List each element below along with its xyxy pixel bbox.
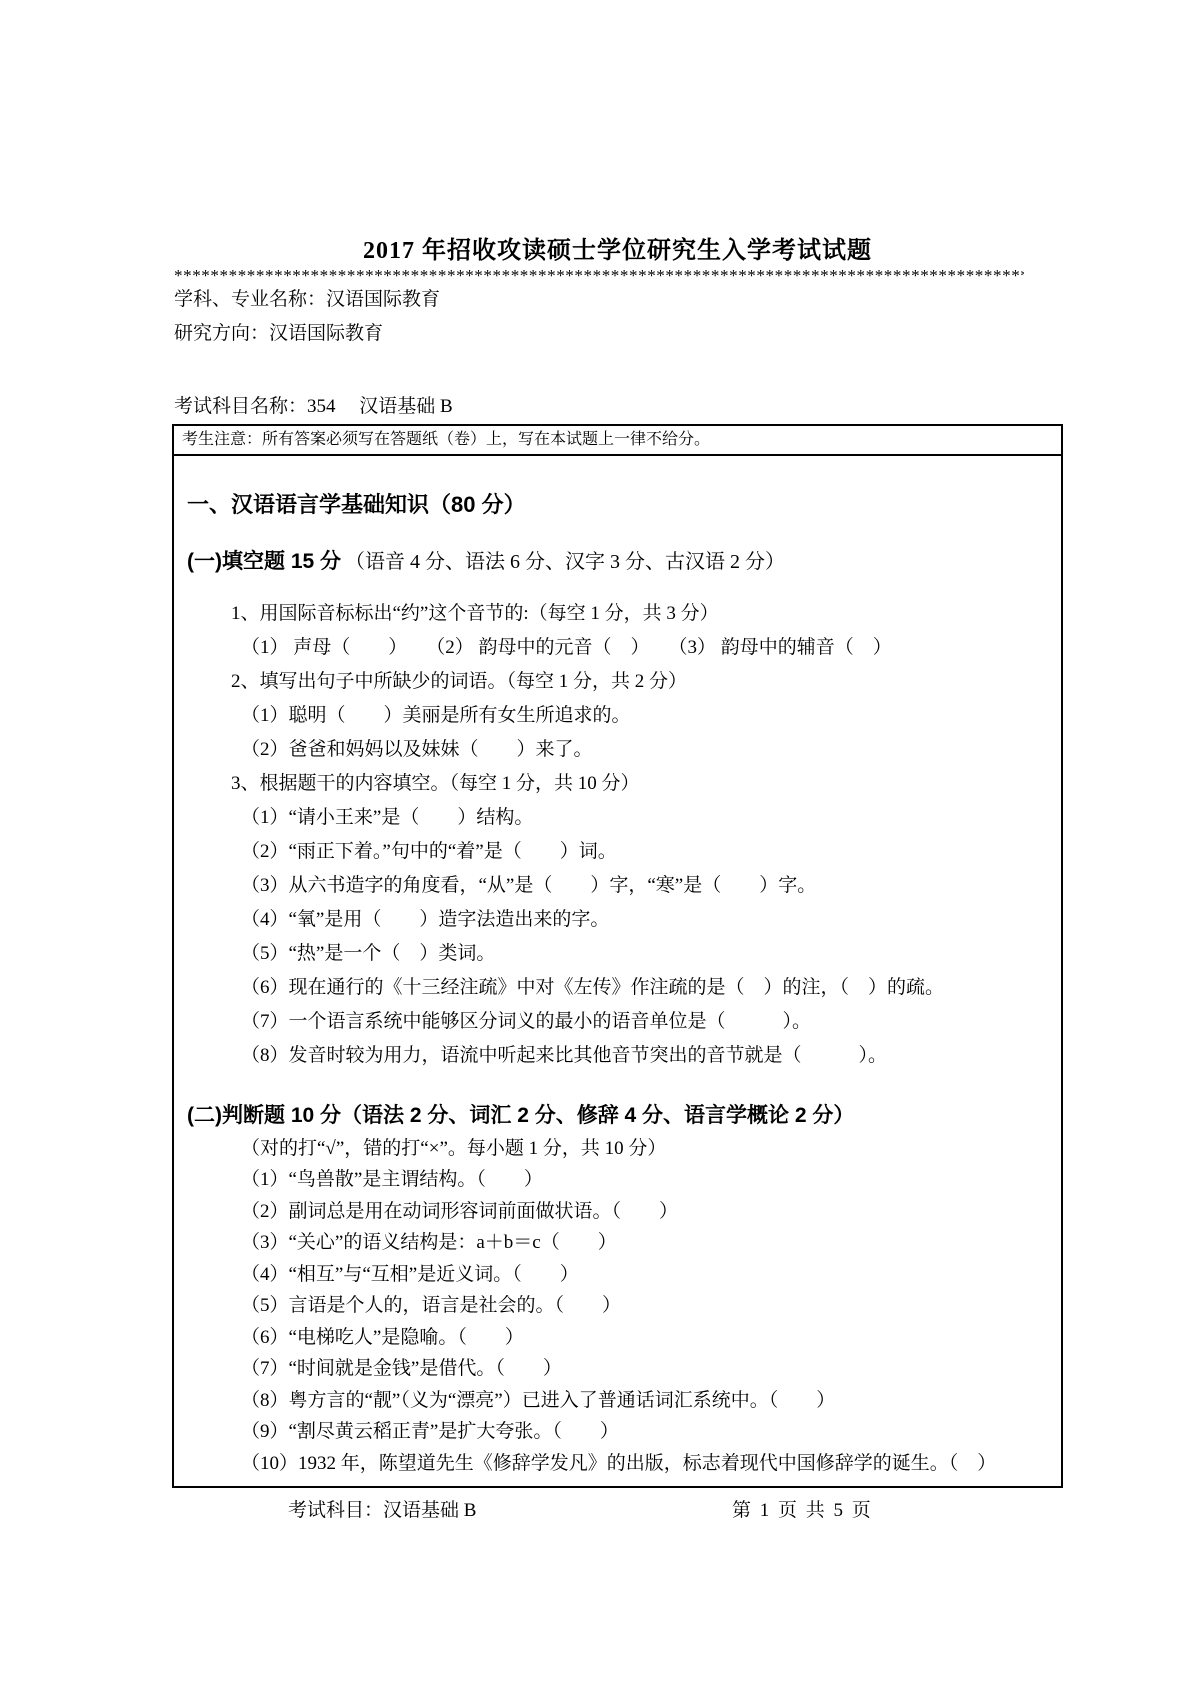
research-direction-line: 研究方向：汉语国际教育 (174, 318, 383, 345)
question-line: （2）爸爸和妈妈以及妹妹（ ）来了。 (241, 733, 1053, 767)
question-line: 1、用国际音标标出“约”这个音节的:（每空 1 分，共 3 分） (231, 597, 1053, 631)
question-line: （6）现在通行的《十三经注疏》中对《左传》作注疏的是（ ）的注，（ ）的疏。 (241, 971, 1053, 1005)
question-line: （6）“电梯吃人”是隐喻。（ ） (241, 1322, 1053, 1354)
question-line: （3）“关心”的语义结构是：a＋b＝c（ ） (241, 1227, 1053, 1259)
part-1-heading-title: (一)填空题 15 分 (187, 550, 341, 573)
subject-name-line: 学科、专业名称：汉语国际教育 (174, 284, 440, 311)
question-line: （1）聪明（ ）美丽是所有女生所追求的。 (241, 699, 1053, 733)
question-line: （5）言语是个人的，语言是社会的。（ ） (241, 1290, 1053, 1322)
question-line: （2）“雨正下着。”句中的“着”是（ ）词。 (241, 835, 1053, 869)
candidate-notice: 考生注意：所有答案必须写在答题纸（卷）上，写在本试题上一律不给分。 (174, 426, 1061, 456)
part-2-instructions: （对的打“√”，错的打“×”。每小题 1 分，共 10 分） (241, 1133, 1053, 1164)
divider-asterisks: ****************************************… (174, 266, 1024, 286)
question-line: （10）1932 年，陈望道先生《修辞学发凡》的出版，标志着现代中国修辞学的诞生… (241, 1448, 1053, 1480)
question-line: （1）“鸟兽散”是主谓结构。（ ） (241, 1164, 1053, 1196)
question-line: （7）一个语言系统中能够区分词义的最小的语音单位是（ ）。 (241, 1005, 1053, 1039)
question-line: （4）“氧”是用（ ）造字法造出来的字。 (241, 903, 1053, 937)
question-line: （1）“请小王来”是（ ）结构。 (241, 801, 1053, 835)
question-line: （3）从六书造字的角度看，“从”是（ ）字，“寒”是（ ）字。 (241, 869, 1053, 903)
footer-page-number: 第 1 页 共 5 页 (732, 1495, 873, 1522)
question-line: （2）副词总是用在动词形容词前面做状语。（ ） (241, 1196, 1053, 1228)
page-title: 2017 年招收攻读硕士学位研究生入学考试试题 (172, 230, 1063, 265)
question-line: （8）粤方言的“靓”（义为“漂亮”）已进入了普通话词汇系统中。（ ） (241, 1385, 1053, 1417)
question-line: （1） 声母（ ） （2） 韵母中的元音（ ） （3） 韵母中的辅音（ ） (241, 631, 1053, 665)
page-footer: 考试科目：汉语基础 B 第 1 页 共 5 页 (172, 1495, 1063, 1525)
question-content: 一、汉语语言学基础知识（80 分） (一)填空题 15 分（语音 4 分、语法 … (174, 488, 1061, 1479)
part-2-questions: （1）“鸟兽散”是主谓结构。（ ）（2）副词总是用在动词形容词前面做状语。（ ）… (187, 1164, 1053, 1479)
question-line: （5）“热”是一个（ ）类词。 (241, 937, 1053, 971)
part-2-heading: (二)判断题 10 分（语法 2 分、词汇 2 分、修辞 4 分、语言学概论 2… (187, 1099, 1053, 1129)
section-1-heading: 一、汉语语言学基础知识（80 分） (187, 488, 1053, 519)
part-1-questions: 1、用国际音标标出“约”这个音节的:（每空 1 分，共 3 分）（1） 声母（ … (187, 597, 1053, 1073)
part-1-heading-note: （语音 4 分、语法 6 分、汉字 3 分、古汉语 2 分） (345, 551, 785, 573)
question-line: 3、根据题干的内容填空。（每空 1 分，共 10 分） (231, 767, 1053, 801)
question-box: 考生注意：所有答案必须写在答题纸（卷）上，写在本试题上一律不给分。 一、汉语语言… (172, 424, 1063, 1488)
question-line: （7）“时间就是金钱”是借代。（ ） (241, 1353, 1053, 1385)
question-line: 2、填写出句子中所缺少的词语。（每空 1 分，共 2 分） (231, 665, 1053, 699)
question-line: （9）“割尽黄云稻正青”是扩大夸张。（ ） (241, 1416, 1053, 1448)
part-1-heading: (一)填空题 15 分（语音 4 分、语法 6 分、汉字 3 分、古汉语 2 分… (187, 545, 1053, 575)
question-line: （4）“相互”与“互相”是近义词。（ ） (241, 1259, 1053, 1291)
footer-course-label: 考试科目：汉语基础 B (288, 1495, 476, 1522)
question-line: （8）发音时较为用力，语流中听起来比其他音节突出的音节就是（ ）。 (241, 1039, 1053, 1073)
exam-subject-line: 考试科目名称：354 汉语基础 B (174, 391, 453, 418)
